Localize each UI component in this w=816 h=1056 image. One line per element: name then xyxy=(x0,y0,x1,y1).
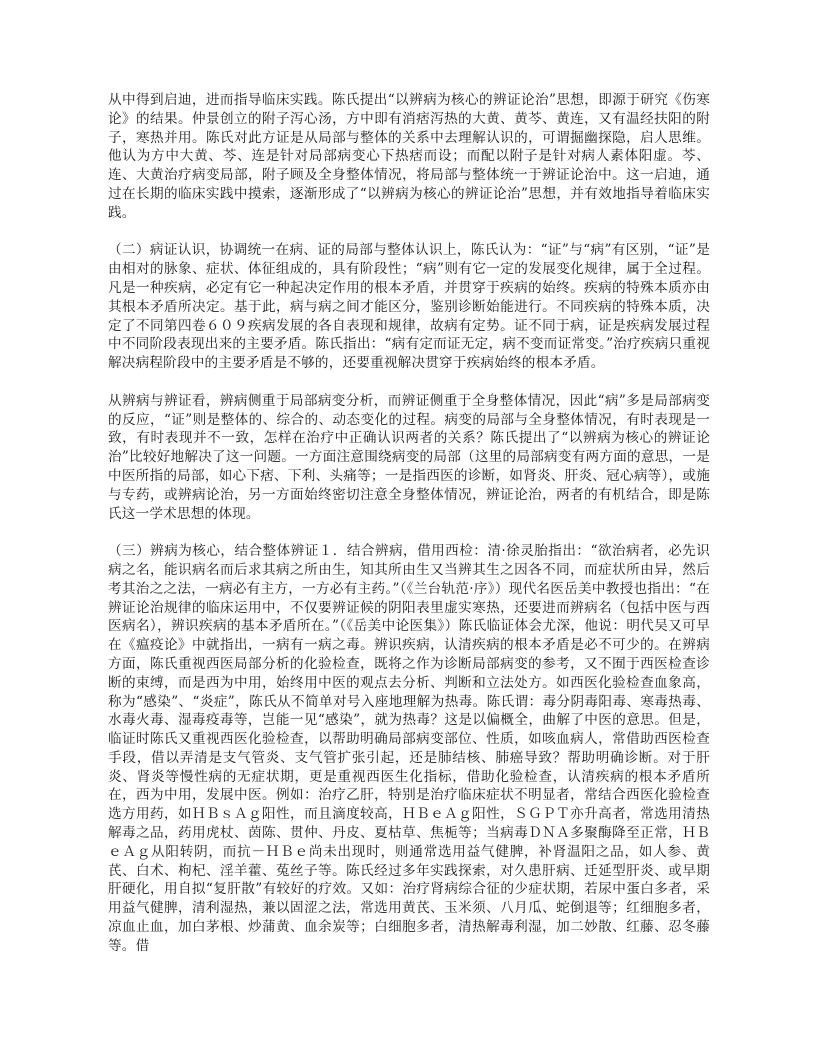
paragraph-origin-of-thought: 从中得到启迪，进而指导临床实践。陈氏提出“以辨病为核心的辨证论治”思想，即源于研… xyxy=(108,91,710,223)
paragraph-disease-syndrome-recognition: （二）病证认识，协调统一在病、证的局部与整体认识上，陈氏认为：“证”与“病”有区… xyxy=(108,241,710,373)
paragraph-disease-as-core: （三）辨病为核心，结合整体辨证１．结合辨病，借用西检：清·徐灵胎指出：“欲治病者… xyxy=(108,542,710,956)
paragraph-disease-vs-syndrome: 从辨病与辨证看，辨病侧重于局部病变分析，而辨证侧重于全身整体情况，因此“病”多是… xyxy=(108,392,710,524)
document-page: 从中得到启迪，进而指导临床实践。陈氏提出“以辨病为核心的辨证论治”思想，即源于研… xyxy=(108,91,710,956)
